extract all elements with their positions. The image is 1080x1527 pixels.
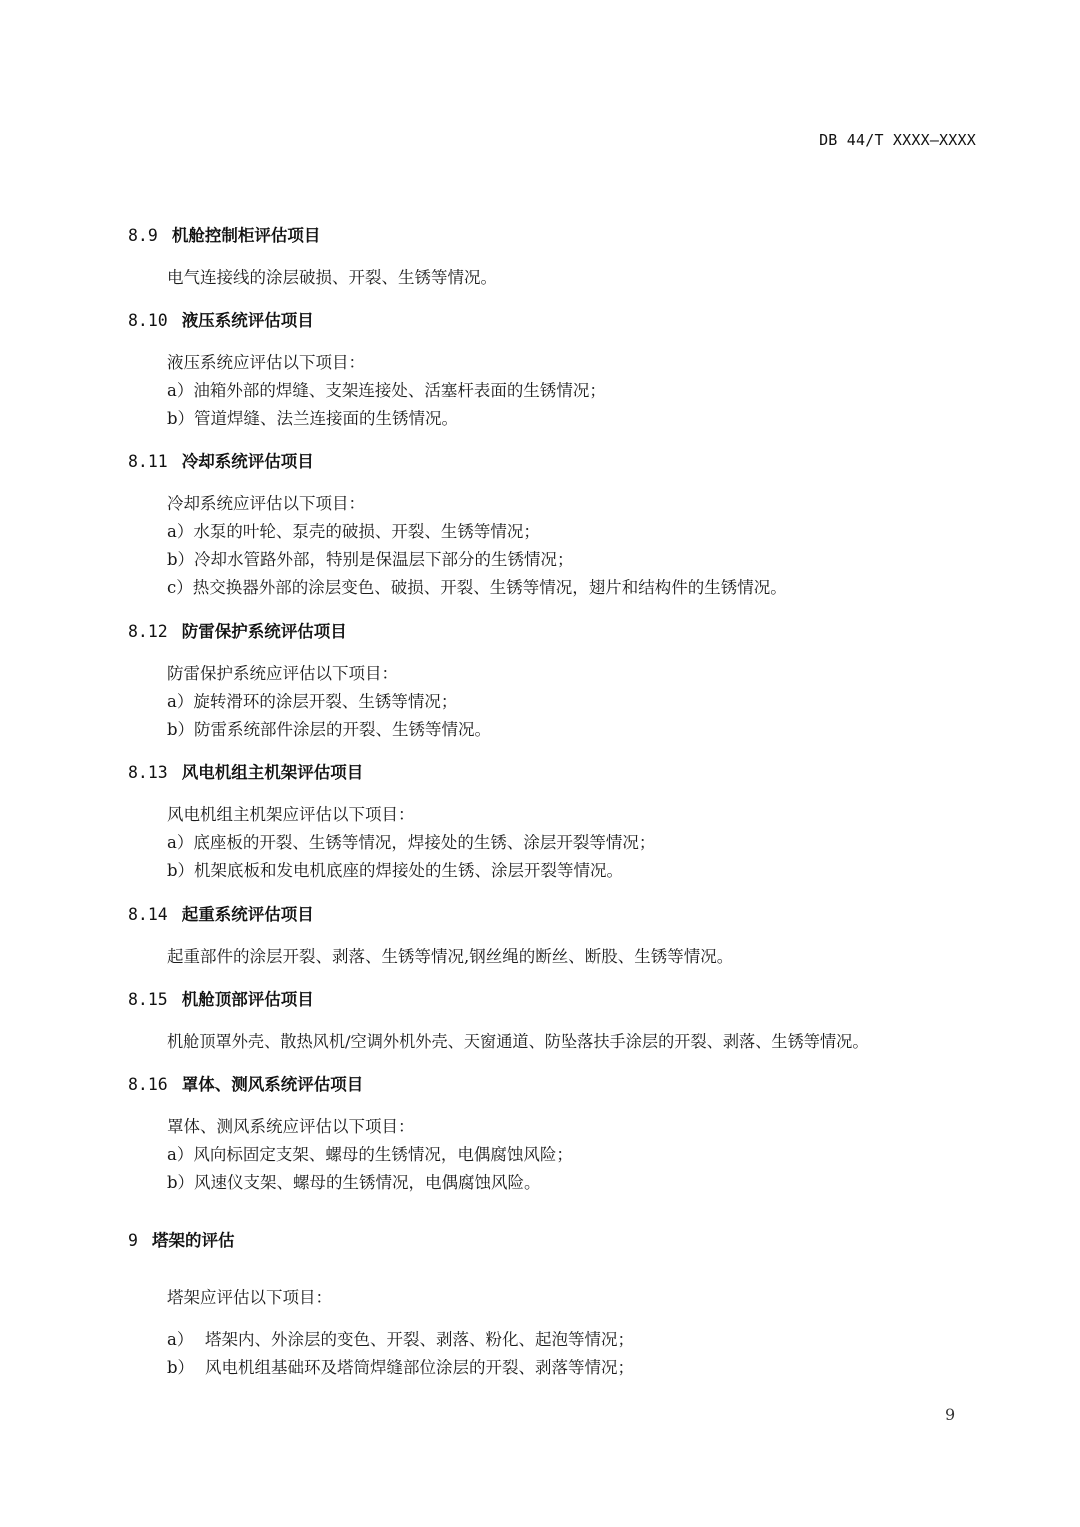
section-heading-8-9: 8.9机舱控制柜评估项目 <box>128 222 320 246</box>
section-number: 8.11 <box>128 452 168 471</box>
section-number: 8.9 <box>128 226 158 245</box>
paragraph: 冷却系统应评估以下项目： <box>167 490 365 514</box>
section-heading-8-13: 8.13风电机组主机架评估项目 <box>128 759 363 783</box>
chapter-number: 9 <box>128 1231 138 1250</box>
chapter-title: 塔架的评估 <box>152 1231 235 1250</box>
section-title: 液压系统评估项目 <box>182 311 314 330</box>
standard-code: DB 44/T XXXX—XXXX <box>819 131 976 149</box>
item-label: a） <box>167 1326 205 1350</box>
section-number: 8.16 <box>128 1075 168 1094</box>
list-item: a）风向标固定支架、螺母的生锈情况，电偶腐蚀风险； <box>167 1141 573 1165</box>
section-number: 8.14 <box>128 905 168 924</box>
section-number: 8.15 <box>128 990 168 1009</box>
list-item: a）旋转滑环的涂层开裂、生锈等情况； <box>167 688 457 712</box>
paragraph: 机舱顶罩外壳、散热风机/空调外机外壳、天窗通道、防坠落扶手涂层的开裂、剥落、生锈… <box>167 1028 869 1052</box>
section-heading-8-11: 8.11冷却系统评估项目 <box>128 448 314 472</box>
paragraph: 起重部件的涂层开裂、剥落、生锈等情况,钢丝绳的断丝、断股、生锈等情况。 <box>167 943 733 967</box>
section-heading-8-15: 8.15机舱顶部评估项目 <box>128 986 314 1010</box>
section-number: 8.10 <box>128 311 168 330</box>
paragraph: 塔架应评估以下项目： <box>167 1284 332 1308</box>
page-number: 9 <box>945 1405 955 1424</box>
list-item: c）热交换器外部的涂层变色、破损、开裂、生锈等情况，翅片和结构件的生锈情况。 <box>167 574 787 598</box>
section-title: 机舱控制柜评估项目 <box>172 226 321 245</box>
section-title: 机舱顶部评估项目 <box>182 990 314 1009</box>
item-text: 塔架内、外涂层的变色、开裂、剥落、粉化、起泡等情况； <box>205 1330 634 1349</box>
list-item: b）管道焊缝、法兰连接面的生锈情况。 <box>167 405 458 429</box>
section-title: 罩体、测风系统评估项目 <box>182 1075 364 1094</box>
section-title: 风电机组主机架评估项目 <box>182 763 364 782</box>
item-text: 风电机组基础环及塔筒焊缝部位涂层的开裂、剥落等情况； <box>205 1358 634 1377</box>
paragraph: 罩体、测风系统应评估以下项目： <box>167 1113 415 1137</box>
paragraph: 电气连接线的涂层破损、开裂、生锈等情况。 <box>167 264 497 288</box>
section-number: 8.12 <box>128 622 168 641</box>
section-heading-8-10: 8.10液压系统评估项目 <box>128 307 314 331</box>
list-item: a）油箱外部的焊缝、支架连接处、活塞杆表面的生锈情况； <box>167 377 606 401</box>
item-label: b） <box>167 1354 205 1378</box>
list-item: a）水泵的叶轮、泵壳的破损、开裂、生锈等情况； <box>167 518 540 542</box>
chapter-heading-9: 9塔架的评估 <box>128 1227 234 1251</box>
list-item: b）冷却水管路外部，特别是保温层下部分的生锈情况； <box>167 546 574 570</box>
paragraph: 防雷保护系统应评估以下项目： <box>167 660 398 684</box>
list-item: a）塔架内、外涂层的变色、开裂、剥落、粉化、起泡等情况； <box>167 1326 634 1350</box>
list-item: a）底座板的开裂、生锈等情况，焊接处的生锈、涂层开裂等情况； <box>167 829 655 853</box>
section-heading-8-16: 8.16罩体、测风系统评估项目 <box>128 1071 363 1095</box>
section-title: 冷却系统评估项目 <box>182 452 314 471</box>
section-title: 起重系统评估项目 <box>182 905 314 924</box>
section-number: 8.13 <box>128 763 168 782</box>
document-page: DB 44/T XXXX—XXXX 8.9机舱控制柜评估项目 电气连接线的涂层破… <box>0 0 1080 1527</box>
list-item: b）风电机组基础环及塔筒焊缝部位涂层的开裂、剥落等情况； <box>167 1354 634 1378</box>
section-heading-8-12: 8.12防雷保护系统评估项目 <box>128 618 347 642</box>
list-item: b）风速仪支架、螺母的生锈情况，电偶腐蚀风险。 <box>167 1169 541 1193</box>
list-item: b）机架底板和发电机底座的焊接处的生锈、涂层开裂等情况。 <box>167 857 623 881</box>
paragraph: 风电机组主机架应评估以下项目： <box>167 801 415 825</box>
section-title: 防雷保护系统评估项目 <box>182 622 347 641</box>
paragraph: 液压系统应评估以下项目： <box>167 349 365 373</box>
list-item: b）防雷系统部件涂层的开裂、生锈等情况。 <box>167 716 491 740</box>
section-heading-8-14: 8.14起重系统评估项目 <box>128 901 314 925</box>
